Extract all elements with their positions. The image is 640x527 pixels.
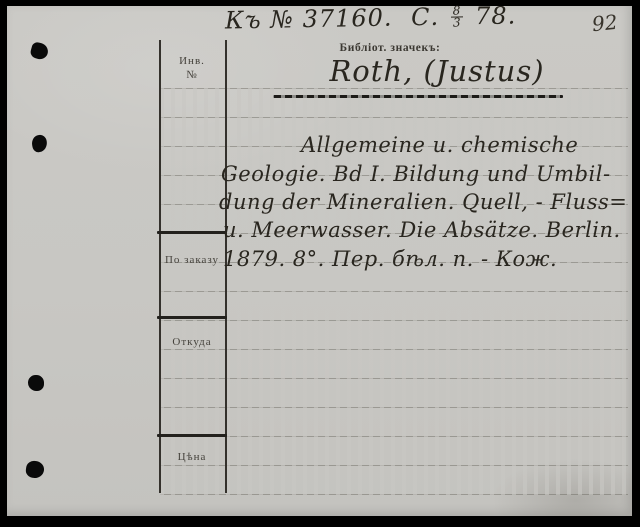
punch-dot	[25, 460, 45, 479]
year-digits: 78.	[475, 1, 517, 30]
accession-line: Къ № 37160. С. 8 3 78.	[225, 1, 517, 34]
inventory-number-label: Инв. №	[157, 54, 227, 82]
punch-dot	[28, 375, 44, 391]
entry-line: dung der Mineralien. Quell, - Fluss=	[219, 190, 627, 214]
fraction-denominator: 3	[451, 17, 464, 28]
field-divider-origin	[157, 316, 227, 319]
punch-dot	[31, 134, 49, 153]
catalog-card-scan: Къ № 37160. С. 8 3 78. 92 Библіот. значе…	[7, 6, 632, 516]
series-letter: С.	[411, 3, 439, 31]
entry-line: Allgemeine u. chemische	[301, 133, 578, 157]
price-label: Цѣна	[157, 450, 227, 464]
inventory-label-line2: №	[186, 69, 198, 81]
inventory-label-line1: Инв.	[179, 55, 205, 67]
accession-number: Къ № 37160.	[225, 4, 393, 35]
entry-line: Geologie. Bd I. Bildung und Umbil-	[221, 162, 611, 186]
page-number: 92	[591, 10, 619, 37]
field-divider-order	[157, 231, 227, 234]
entry-line: 1879. 8°. Пер. бѣл. п. - Кож.	[223, 247, 557, 271]
author-heading: Roth, (Justus)	[292, 54, 582, 88]
field-divider-price	[157, 434, 227, 437]
library-mark-label: Библіот. значекъ:	[300, 42, 480, 54]
punch-dot	[29, 41, 50, 61]
order-label: По заказу	[157, 253, 227, 267]
origin-label: Откуда	[157, 335, 227, 349]
entry-line: u. Meerwasser. Die Absätze. Berlin.	[223, 218, 621, 242]
date-fraction: 8 3	[451, 5, 464, 28]
